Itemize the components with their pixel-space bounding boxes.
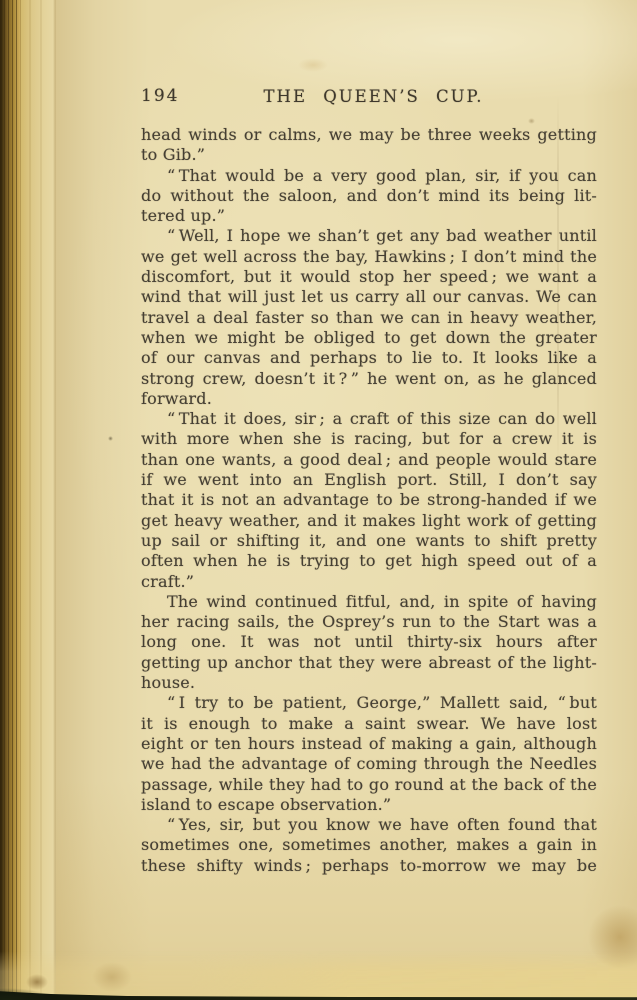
text-line: up sail or shifting it, and one wants to… xyxy=(141,531,597,551)
text-line: getting up anchor that they were abreast… xyxy=(141,653,597,673)
printed-text-block: 194 THE QUEEN’S CUP. head winds or calms… xyxy=(141,86,597,106)
text-line: strong crew, doesn’t it ? ” he went on, … xyxy=(141,369,597,389)
text-line: tered up.” xyxy=(141,206,597,226)
page-number: 194 xyxy=(141,86,179,106)
text-line: wind that will just let us carry all our… xyxy=(141,287,597,307)
text-line: “ That would be a very good plan, sir, i… xyxy=(141,166,597,186)
text-line: The wind continued fitful, and, in spite… xyxy=(141,592,597,612)
text-line: house. xyxy=(141,673,597,693)
text-line: discomfort, but it would stop her speed … xyxy=(141,267,597,287)
text-line: often when he is trying to get high spee… xyxy=(141,551,597,571)
text-line: “ Yes, sir, but you know we have often f… xyxy=(141,815,597,835)
text-line: head winds or calms, we may be three wee… xyxy=(141,125,597,145)
text-line: to Gib.” xyxy=(141,145,597,165)
text-line: “ Well, I hope we shan’t get any bad wea… xyxy=(141,226,597,246)
text-line: of our canvas and perhaps to lie to. It … xyxy=(141,348,597,368)
book-title-header: THE QUEEN’S CUP. xyxy=(264,87,484,106)
page-edge-stack xyxy=(20,0,56,1000)
text-line: that it is not an advantage to be strong… xyxy=(141,490,597,510)
text-line: “ I try to be patient, George,” Mallett … xyxy=(141,693,597,713)
text-line: travel a deal faster so than we can in h… xyxy=(141,308,597,328)
text-line: when we might be obliged to get down the… xyxy=(141,328,597,348)
bottom-page-edge-band xyxy=(0,951,637,997)
text-line: it is enough to make a saint swear. We h… xyxy=(141,714,597,734)
body-text: head winds or calms, we may be three wee… xyxy=(141,125,597,876)
text-line: island to escape observation.” xyxy=(141,795,597,815)
text-line: with more when she is racing, but for a … xyxy=(141,429,597,449)
text-line: sometimes one, sometimes another, makes … xyxy=(141,835,597,855)
text-line: craft.” xyxy=(141,572,597,592)
bottom-left-corner-shadow xyxy=(0,974,90,1000)
text-line: do without the saloon, and don’t mind it… xyxy=(141,186,597,206)
text-line: “ That it does, sir ; a craft of this si… xyxy=(141,409,597,429)
text-line: get heavy weather, and it makes light wo… xyxy=(141,511,597,531)
text-line: we had the advantage of coming through t… xyxy=(141,754,597,774)
text-line: if we went into an English port. Still, … xyxy=(141,470,597,490)
text-line: these shifty winds ; perhaps to-morrow w… xyxy=(141,856,597,876)
text-line: eight or ten hours instead of making a g… xyxy=(141,734,597,754)
text-line: than one wants, a good deal ; and people… xyxy=(141,450,597,470)
text-line: her racing sails, the Osprey’s run to th… xyxy=(141,612,597,632)
running-header: 194 THE QUEEN’S CUP. xyxy=(141,86,597,106)
scanned-book-page: { "page": { "number": "194", "header_tit… xyxy=(0,0,637,1000)
text-line: long one. It was not until thirty-six ho… xyxy=(141,632,597,652)
text-line: passage, while they had to go round at t… xyxy=(141,775,597,795)
text-line: forward. xyxy=(141,389,597,409)
text-line: we get well across the bay, Hawkins ; I … xyxy=(141,247,597,267)
book-binding-edge xyxy=(0,0,20,1000)
